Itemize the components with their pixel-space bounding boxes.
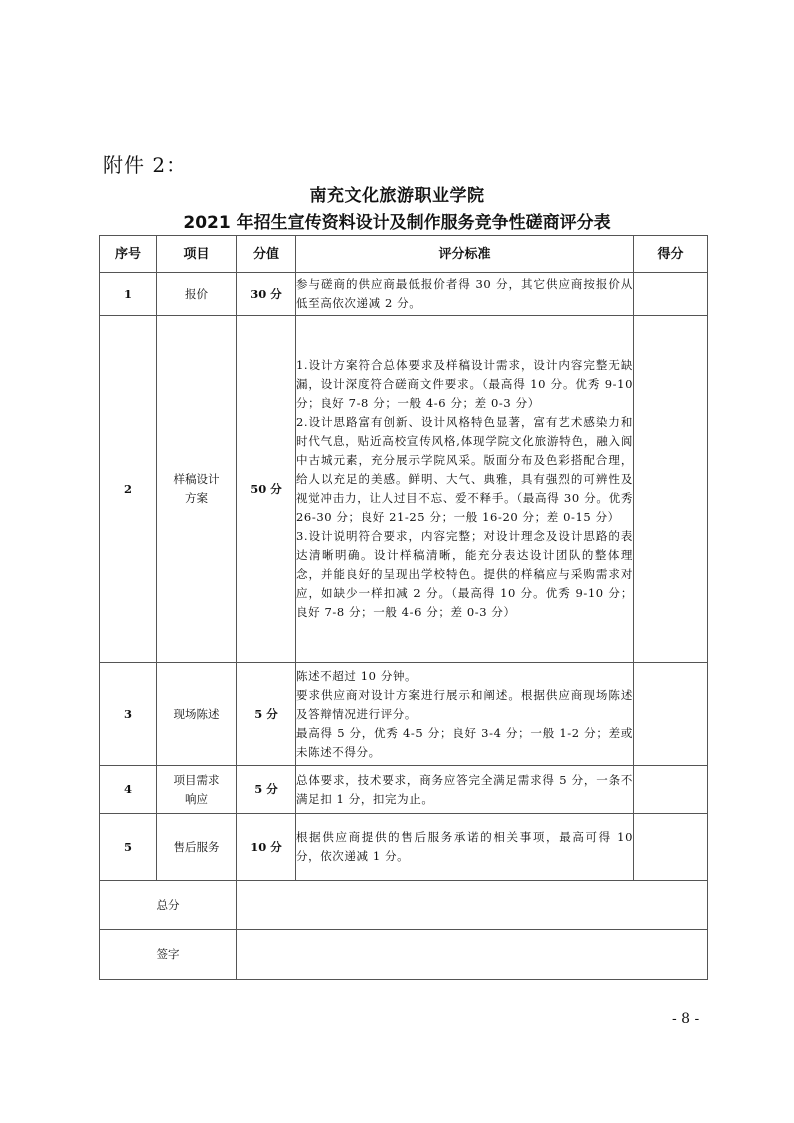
row-no: 5 (100, 814, 157, 881)
header-score: 得分 (634, 236, 708, 273)
score-input-cell[interactable] (634, 316, 708, 663)
attachment-label: 附件 2： (103, 149, 187, 178)
row-points: 30 分 (237, 273, 296, 316)
criteria-text: 1.设计方案符合总体要求及样稿设计需求，设计内容完整无缺漏，设计深度符合磋商文件… (296, 356, 633, 413)
row-criteria: 陈述不超过 10 分钟。 要求供应商对设计方案进行展示和阐述。根据供应商现场陈述… (296, 663, 634, 766)
table-header-row: 序号 项目 分值 评分标准 得分 (100, 236, 708, 273)
row-item: 报价 (157, 273, 237, 316)
header-no: 序号 (100, 236, 157, 273)
row-criteria: 参与磋商的供应商最低报价者得 30 分，其它供应商按报价从低至高依次递减 2 分… (296, 273, 634, 316)
table-row: 5 售后服务 10 分 根据供应商提供的售后服务承诺的相关事项，最高可得 10 … (100, 814, 708, 881)
criteria-text: 最高得 5 分，优秀 4-5 分；良好 3-4 分；一般 1-2 分；差或未陈述… (296, 724, 633, 762)
score-input-cell[interactable] (634, 663, 708, 766)
signature-row: 签字 (100, 930, 708, 980)
row-item: 现场陈述 (157, 663, 237, 766)
row-no: 4 (100, 766, 157, 814)
row-criteria: 根据供应商提供的售后服务承诺的相关事项，最高可得 10 分，依次递减 1 分。 (296, 814, 634, 881)
header-criteria: 评分标准 (296, 236, 634, 273)
row-points: 10 分 (237, 814, 296, 881)
row-no: 1 (100, 273, 157, 316)
row-no: 2 (100, 316, 157, 663)
total-score-value[interactable] (237, 881, 708, 930)
criteria-text: 2.设计思路富有创新、设计风格特色显著，富有艺术感染力和时代气息，贴近高校宣传风… (296, 413, 633, 527)
criteria-text: 3.设计说明符合要求，内容完整；对设计理念及设计思路的表达清晰明确。设计样稿清晰… (296, 527, 633, 622)
criteria-text: 陈述不超过 10 分钟。 (296, 667, 633, 686)
row-no: 3 (100, 663, 157, 766)
total-score-label: 总分 (100, 881, 237, 930)
criteria-text: 要求供应商对设计方案进行展示和阐述。根据供应商现场陈述及答辩情况进行评分。 (296, 686, 633, 724)
row-item: 项目需求响应 (157, 766, 237, 814)
score-input-cell[interactable] (634, 814, 708, 881)
row-criteria: 总体要求，技术要求，商务应答完全满足需求得 5 分，一条不满足扣 1 分，扣完为… (296, 766, 634, 814)
row-criteria: 1.设计方案符合总体要求及样稿设计需求，设计内容完整无缺漏，设计深度符合磋商文件… (296, 316, 634, 663)
score-input-cell[interactable] (634, 273, 708, 316)
row-points: 50 分 (237, 316, 296, 663)
table-row: 3 现场陈述 5 分 陈述不超过 10 分钟。 要求供应商对设计方案进行展示和阐… (100, 663, 708, 766)
score-input-cell[interactable] (634, 766, 708, 814)
header-item: 项目 (157, 236, 237, 273)
row-points: 5 分 (237, 766, 296, 814)
row-item: 样稿设计方案 (157, 316, 237, 663)
signature-value[interactable] (237, 930, 708, 980)
table-row: 2 样稿设计方案 50 分 1.设计方案符合总体要求及样稿设计需求，设计内容完整… (100, 316, 708, 663)
signature-label: 签字 (100, 930, 237, 980)
criteria-text: 根据供应商提供的售后服务承诺的相关事项，最高可得 10 分，依次递减 1 分。 (296, 828, 633, 866)
scoring-table: 序号 项目 分值 评分标准 得分 1 报价 30 分 参与磋商的供应商最低报价者… (99, 235, 708, 980)
table-row: 1 报价 30 分 参与磋商的供应商最低报价者得 30 分，其它供应商按报价从低… (100, 273, 708, 316)
criteria-text: 参与磋商的供应商最低报价者得 30 分，其它供应商按报价从低至高依次递减 2 分… (296, 275, 633, 313)
header-points: 分值 (237, 236, 296, 273)
total-score-row: 总分 (100, 881, 708, 930)
row-points: 5 分 (237, 663, 296, 766)
document-title-form: 2021 年招生宣传资料设计及制作服务竞争性磋商评分表 (0, 208, 794, 233)
criteria-text: 总体要求，技术要求，商务应答完全满足需求得 5 分，一条不满足扣 1 分，扣完为… (296, 771, 633, 809)
page-number: - 8 - (672, 1011, 699, 1027)
row-item: 售后服务 (157, 814, 237, 881)
document-title-institution: 南充文化旅游职业学院 (0, 181, 794, 206)
table-row: 4 项目需求响应 5 分 总体要求，技术要求，商务应答完全满足需求得 5 分，一… (100, 766, 708, 814)
